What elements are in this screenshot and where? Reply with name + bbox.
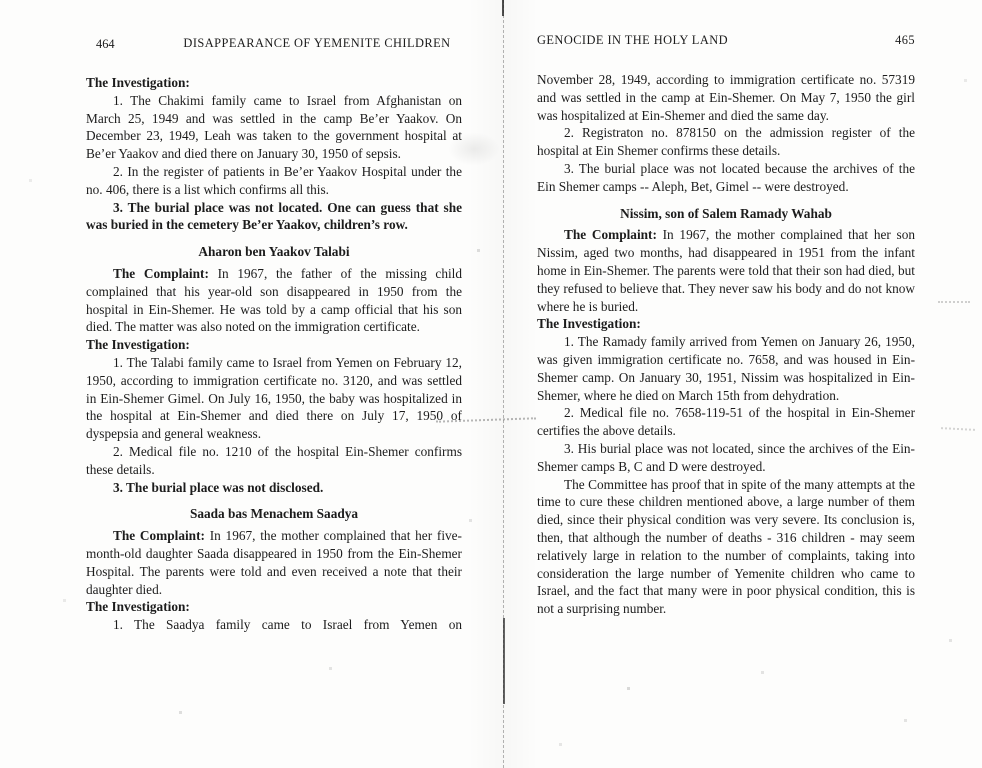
paragraph: The Complaint: In 1967, the mother compl… [537, 226, 915, 315]
section-heading: Aharon ben Yaakov Talabi [86, 243, 462, 261]
paragraph: 1. The Talabi family came to Israel from… [86, 354, 462, 443]
section-heading: Saada bas Menachem Saadya [86, 505, 462, 523]
paragraph: The Complaint: In 1967, the father of th… [86, 265, 462, 336]
paragraph: The Complaint: In 1967, the mother compl… [86, 527, 462, 598]
paragraph: 1. The Ramady family arrived from Yemen … [537, 333, 915, 404]
gutter-fold-mark-bottom [503, 618, 505, 704]
page-number: 464 [96, 37, 115, 52]
section-label: The Investigation: [86, 336, 462, 354]
scanned-book-spread: 464 DISAPPEARANCE OF YEMENITE CHILDREN T… [0, 0, 982, 768]
left-page-header: 464 DISAPPEARANCE OF YEMENITE CHILDREN [86, 36, 462, 51]
paragraph: 2. Medical file no. 1210 of the hospital… [86, 443, 462, 479]
page-number: 465 [895, 33, 915, 48]
section-label: The Investigation: [537, 315, 915, 333]
paragraph: 3. The burial place was not located beca… [537, 160, 915, 196]
running-head: DISAPPEARANCE OF YEMENITE CHILDREN [86, 36, 462, 51]
left-page: 464 DISAPPEARANCE OF YEMENITE CHILDREN T… [86, 36, 462, 634]
paragraph: 3. The burial place was not located. One… [86, 199, 462, 235]
paragraph: 3. The burial place was not disclosed. [86, 479, 462, 497]
scan-streak [938, 301, 970, 303]
paragraph-lead-label: The Complaint: [113, 266, 218, 281]
scan-noise-speckles [0, 0, 1, 1]
paragraph: 1. The Saadya family came to Israel from… [86, 616, 462, 634]
paragraph: November 28, 1949, according to immigrat… [537, 71, 915, 124]
paragraph: The Committee has proof that in spite of… [537, 476, 915, 618]
paragraph-lead-label: The Complaint: [564, 227, 663, 242]
paragraph: 3. His burial place was not located, sin… [537, 440, 915, 476]
paragraph: 2. In the register of patients in Be’er … [86, 163, 462, 199]
scan-streak [941, 427, 975, 431]
section-label: The Investigation: [86, 74, 462, 92]
paragraph-lead-label: The Complaint: [113, 528, 210, 543]
right-page-header: GENOCIDE IN THE HOLY LAND 465 [537, 33, 915, 48]
running-head: GENOCIDE IN THE HOLY LAND [537, 33, 728, 48]
paragraph: 1. The Chakimi family came to Israel fro… [86, 92, 462, 163]
gutter-fold-mark-top [502, 0, 504, 16]
paragraph: 2. Registraton no. 878150 on the admissi… [537, 124, 915, 160]
section-label: The Investigation: [86, 598, 462, 616]
section-heading: Nissim, son of Salem Ramady Wahab [537, 205, 915, 223]
right-page-body: November 28, 1949, according to immigrat… [537, 71, 915, 618]
left-page-body: The Investigation:1. The Chakimi family … [86, 74, 462, 634]
right-page: GENOCIDE IN THE HOLY LAND 465 November 2… [537, 33, 915, 618]
paragraph: 2. Medical file no. 7658-119-51 of the h… [537, 404, 915, 440]
